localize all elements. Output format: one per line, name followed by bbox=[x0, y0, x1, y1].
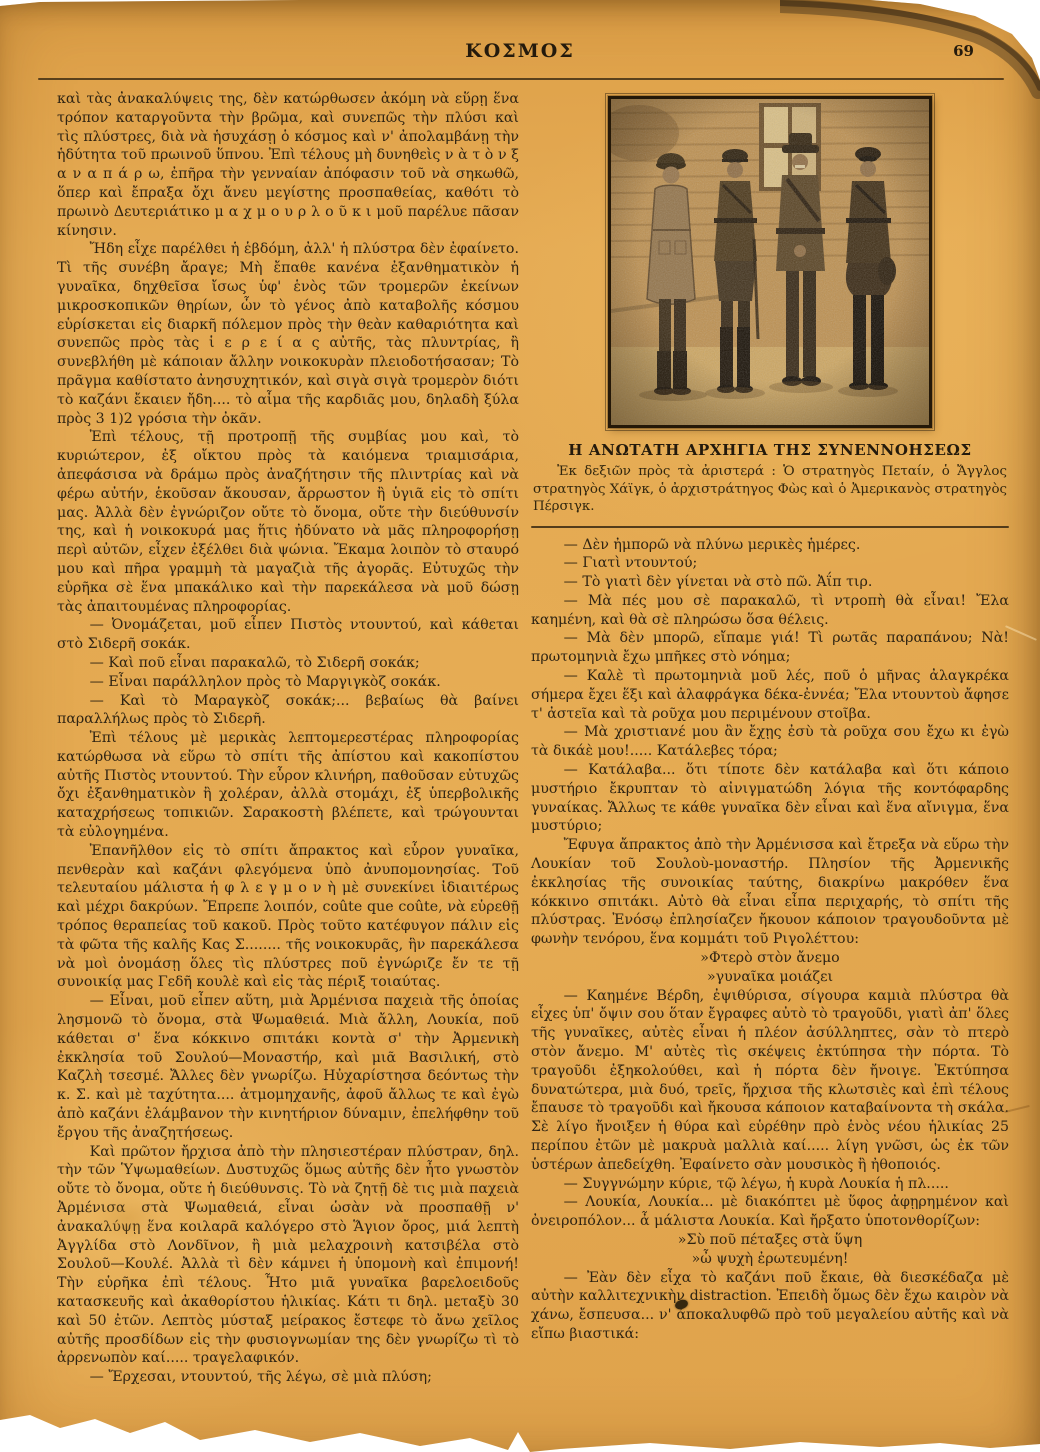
paragraph: — Μὰ πές μου σὲ παρακαλῶ, τὶ ντροπὴ θὰ ε… bbox=[531, 592, 1009, 630]
paragraph: »γυναῖκα μοιάζει bbox=[531, 968, 1009, 987]
photo-caption-text: Ἐκ δεξιῶν πρὸς τὰ ἀριστερά : Ὁ στρατηγὸς… bbox=[533, 463, 1007, 516]
paragraph: — Ἐὰν δὲν εἶχα τὸ καζάνι ποῦ ἔκαιε, θὰ δ… bbox=[531, 1269, 1009, 1344]
paragraph: »ὦ ψυχὴ ἐρωτευμένη! bbox=[531, 1250, 1009, 1269]
photo-caption-title: Η ΑΝΩΤΑΤΗ ΑΡΧΗΓΙΑ ΤΗΣ ΣΥΝΕΝΝΟΗΣΕΩΣ bbox=[531, 441, 1009, 459]
paragraph: — Εἶναι παράλληλον πρὸς τὸ Μαργιγκὸζ σοκ… bbox=[57, 673, 519, 692]
paragraph: — Ἔρχεσαι, ντουντού, τῆς λέγω, σὲ μιὰ πλ… bbox=[57, 1368, 519, 1387]
paragraph: — Καημένε Βέρδη, ἐψιθύρισα, σίγουρα καμι… bbox=[531, 987, 1009, 1175]
paragraph: — Συγγνώμην κύριε, τῷ λέγω, ἡ κυρὰ Λουκί… bbox=[531, 1175, 1009, 1194]
edge-crease bbox=[1005, 625, 1037, 641]
paragraph: — Καὶ τὸ Μαραγκὸζ σοκάκ;... βεβαίως θὰ β… bbox=[57, 692, 519, 730]
photo: Η ΑΝΩΤΑΤΗ ΑΡΧΗΓΙΑ ΤΗΣ ΣΥΝΕΝΝΟΗΣΕΩΣ Ἐκ δε… bbox=[531, 90, 1009, 516]
paragraph: — Καὶ ποῦ εἶναι παρακαλῶ, τὸ Σιδερῆ σοκά… bbox=[57, 654, 519, 673]
paragraph: — Τὸ γιατὶ δὲν γίνεται νὰ στὸ πῶ. Ἀΐπ τι… bbox=[531, 573, 1009, 592]
paper-stain bbox=[92, 1196, 162, 1240]
page-number: 69 bbox=[953, 42, 974, 60]
paragraph: καὶ τὰς ἀνακαλύψεις της, δὲν κατώρθωσεν … bbox=[57, 90, 519, 240]
photo-vignette bbox=[611, 99, 929, 425]
paragraph: Ἐπὶ τέλους μὲ μερικὰς λεπτομερεστέρας πλ… bbox=[57, 729, 519, 842]
paragraph: »Φτερὸ στὸν ἄνεμο bbox=[531, 949, 1009, 968]
page-title: ΚΟΣΜΟΣ bbox=[0, 40, 1040, 62]
paragraph: — Εἶναι, μοῦ εἶπεν αὕτη, μιὰ Ἀρμένισα πα… bbox=[57, 992, 519, 1142]
paragraph: Καὶ πρῶτον ἤρχισα ἀπὸ τὴν πλησιεστέραν π… bbox=[57, 1143, 519, 1369]
paragraph: — Κατάλαβα... ὅτι τίποτε δὲν κατάλαβα κα… bbox=[531, 761, 1009, 836]
paragraph: Ἔφυγα ἄπρακτος ἀπὸ τὴν Ἀρμένισσα καὶ ἔτρ… bbox=[531, 836, 1009, 949]
photo-caption: Η ΑΝΩΤΑΤΗ ΑΡΧΗΓΙΑ ΤΗΣ ΣΥΝΕΝΝΟΗΣΕΩΣ Ἐκ δε… bbox=[531, 441, 1009, 516]
paragraph: — Λουκία, Λουκία... μὲ διακόπτει μὲ ὕφος… bbox=[531, 1193, 1009, 1231]
paragraph: — Καλὲ τὶ πρωτομηνιὰ μοῦ λές, ποῦ ὁ μῆνα… bbox=[531, 667, 1009, 723]
paragraph: — Ὀνομάζεται, μοῦ εἶπεν Πιστὸς ντουντού,… bbox=[57, 616, 519, 654]
photo-frame bbox=[608, 96, 932, 428]
paragraph: Ἐπανῆλθον εἰς τὸ σπίτι ἄπρακτος καὶ εὗρο… bbox=[57, 842, 519, 992]
magazine-page: ΚΟΣΜΟΣ 69 καὶ τὰς ἀνακαλύψεις της, δὲν κ… bbox=[0, 0, 1040, 1452]
page-body: καὶ τὰς ἀνακαλύψεις της, δὲν κατώρθωσεν … bbox=[57, 90, 1008, 1387]
paragraph: — Γιατὶ ντουντού; bbox=[531, 554, 1009, 573]
caption-rule bbox=[531, 526, 1009, 528]
paragraph: »Σὺ ποῦ πέταξες στὰ ὕψη bbox=[531, 1231, 1009, 1250]
right-column-text: — Δὲν ἠμπορῶ νὰ πλύνω μερικὲς ἡμέρες.— Γ… bbox=[531, 536, 1009, 1344]
left-column: καὶ τὰς ἀνακαλύψεις της, δὲν κατώρθωσεν … bbox=[57, 90, 519, 1387]
paragraph: — Μὰ χριστιανέ μου ἂν ἔχῃς ἐσὺ τὰ ροῦχα … bbox=[531, 723, 1009, 761]
commanders-photo-illustration bbox=[611, 99, 929, 425]
paragraph: Ἐπὶ τέλους, τῇ προτροπῇ τῆς συμβίας μου … bbox=[57, 428, 519, 616]
paragraph: — Δὲν ἠμπορῶ νὰ πλύνω μερικὲς ἡμέρες. bbox=[531, 536, 1009, 555]
paragraph: Ἤδη εἶχε παρέλθει ἡ ἑβδόμη, ἀλλ' ἡ πλύστ… bbox=[57, 240, 519, 428]
paragraph: — Μὰ δὲν μπορῶ, εἴπαμε γιά! Τὶ ρωτᾶς παρ… bbox=[531, 629, 1009, 667]
right-column: Η ΑΝΩΤΑΤΗ ΑΡΧΗΓΙΑ ΤΗΣ ΣΥΝΕΝΝΟΗΣΕΩΣ Ἐκ δε… bbox=[531, 90, 1009, 1387]
page-header: ΚΟΣΜΟΣ 69 bbox=[0, 40, 1040, 74]
header-rule bbox=[38, 78, 1004, 80]
